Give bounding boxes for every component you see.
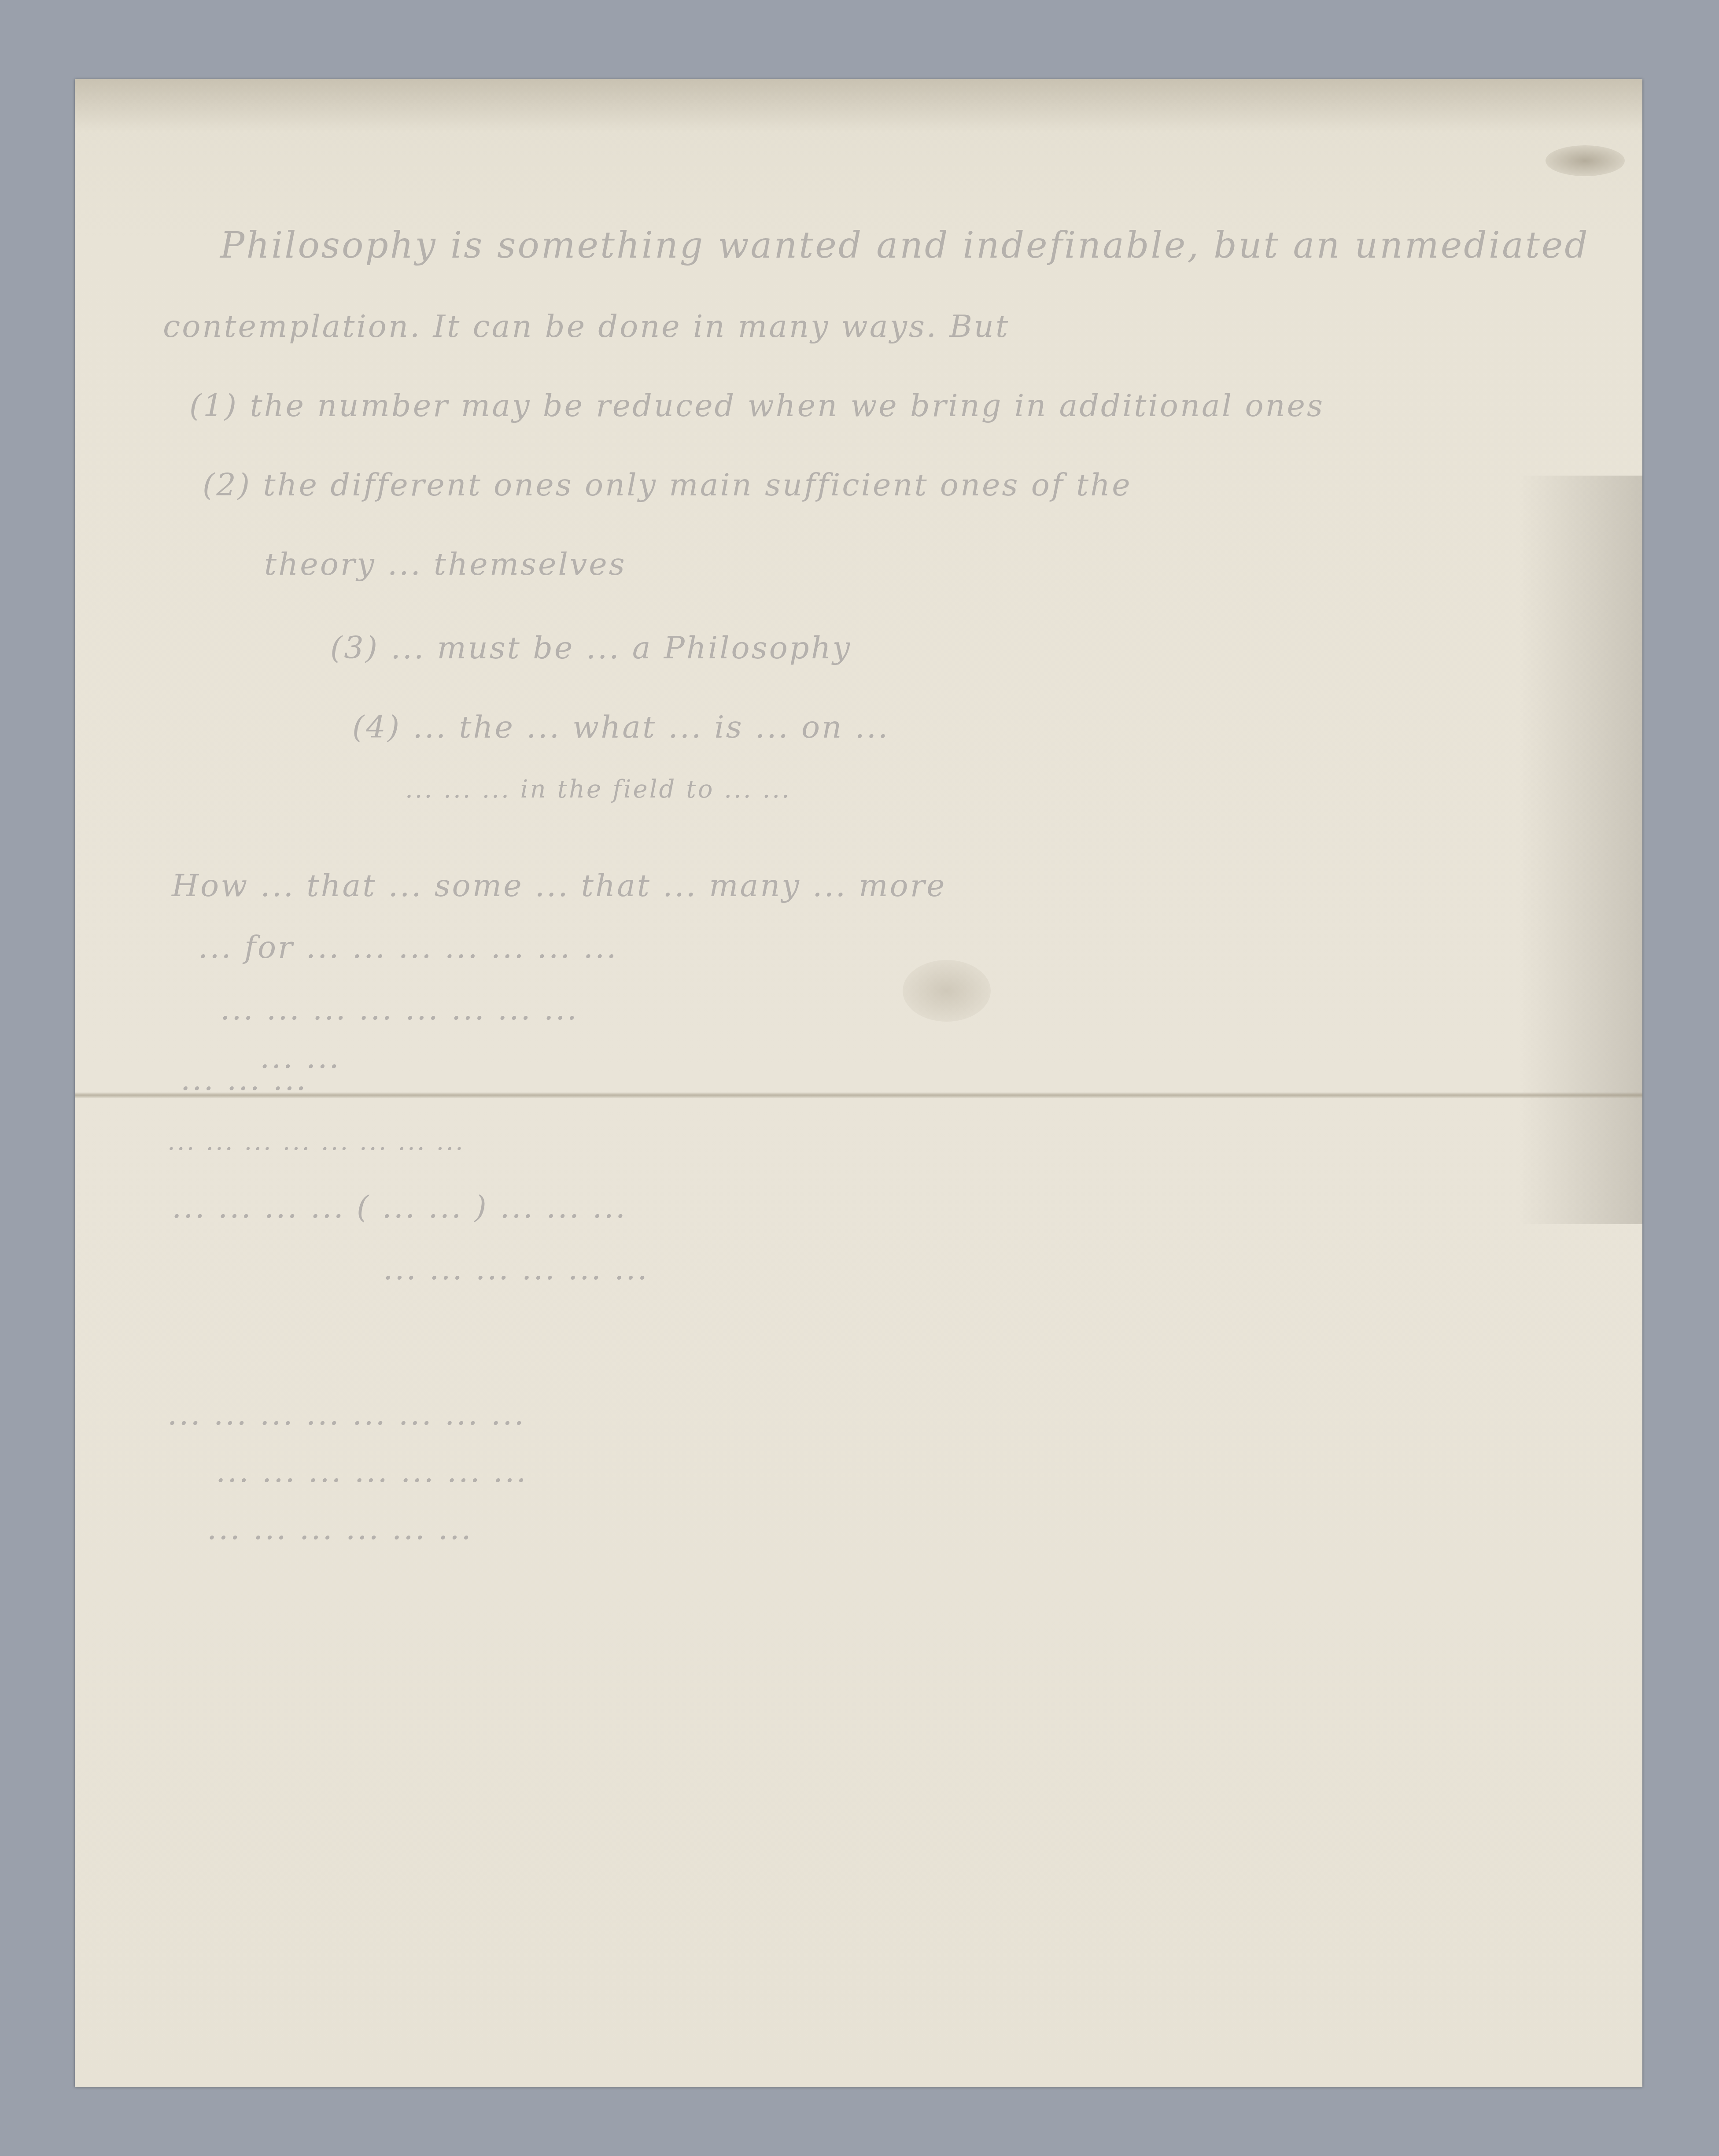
text-line: ... ... ... ... ... ... (383, 1251, 649, 1287)
text-line: How ... that ... some ... that ... many … (172, 868, 947, 904)
text-line: (2) the different ones only main suffici… (203, 467, 1132, 503)
smudge (903, 960, 991, 1022)
text-line: (1) the number may be reduced when we br… (189, 388, 1324, 424)
text-line: contemplation. It can be done in many wa… (163, 308, 1010, 344)
edge-shadow (1519, 476, 1642, 1224)
text-line: ... ... ... ... ... ... ... ... (167, 1396, 526, 1432)
text-line: theory ... themselves (264, 546, 627, 582)
text-line: ... for ... ... ... ... ... ... ... (198, 929, 618, 965)
text-line: (4) ... the ... what ... is ... on ... (352, 709, 889, 745)
text-line: ... ... ... ... ... ... ... ... (220, 991, 579, 1027)
text-line: (3) ... must be ... a Philosophy (330, 630, 852, 666)
manuscript-page: Philosophy is something wanted and indef… (75, 79, 1642, 2087)
text-line: ... ... ... ... ... ... ... ... (167, 1127, 465, 1156)
text-line: ... ... ... ... ... ... ... (216, 1453, 528, 1489)
text-line: ... ... ... (181, 1061, 308, 1097)
text-line: ... ... ... in the field to ... ... (405, 775, 791, 804)
ink-stain (1546, 145, 1625, 176)
text-line: ... ... ... ... ( ... ... ) ... ... ... (172, 1189, 627, 1225)
fold-crease (75, 1092, 1642, 1098)
text-line: ... ... ... ... ... ... (207, 1510, 473, 1547)
text-line: Philosophy is something wanted and indef… (220, 225, 1590, 266)
